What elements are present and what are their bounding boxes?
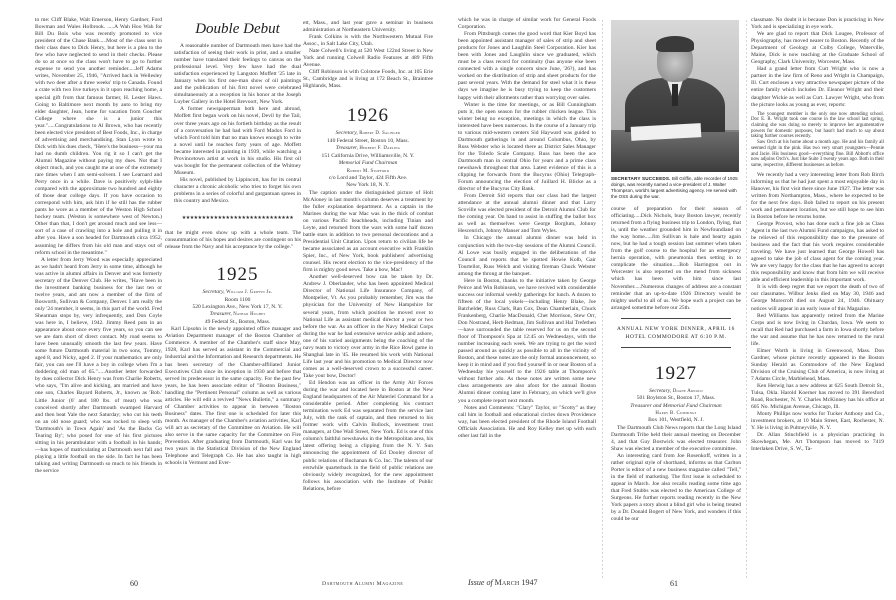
officer-name: Harry B. Cummings <box>655 411 696 416</box>
class-officer: Treasurer and Memorial Fund Chairman Har… <box>611 403 741 425</box>
class-officer: Treasurer, Nathan Hughes 49 Federal St.,… <box>174 311 301 326</box>
officer-address: c/o Lord and Taylor, 424 Fifth Ave. <box>329 175 407 181</box>
officer-address: 520 Lexington Ave., New York 17, N. Y. <box>192 304 282 310</box>
issue-year: 1947 <box>521 578 537 587</box>
class-officer: Secretary, Doane Arnold 501 Boylston St.… <box>611 388 741 403</box>
class-officer: Treasurer, Herbert F. Darling 151 Califo… <box>303 145 433 160</box>
officer-role: Secretary, <box>203 289 225 295</box>
portrait-photo <box>611 20 739 172</box>
article-paragraph: that he might even show up with a whole … <box>165 230 301 251</box>
article-paragraph: From Detroit Sid reports that our class … <box>458 193 596 235</box>
officer-role: Treasurer, <box>210 311 232 317</box>
officer-name: Doane Arnold <box>673 389 703 394</box>
photo-caption: SECRETARY SUCCEEDS. Bill Griffin, able r… <box>611 176 740 200</box>
article-paragraph: Dr. Allan Stinchfield is a physician pra… <box>751 432 884 453</box>
column-1: to me: Cliff Blake, Walt Emerson, Henry … <box>35 17 162 475</box>
officer-address: New York 18, N. Y. <box>346 182 389 188</box>
article-paragraph: to me: Cliff Blake, Walt Emerson, Henry … <box>35 17 162 257</box>
running-head-magazine: Dartmouth Alumni Magazine <box>322 581 403 587</box>
left-page: to me: Cliff Blake, Walt Emerson, Henry … <box>0 0 448 600</box>
class-officer: Secretary, William J. Griffin Jr. Room 1… <box>174 289 301 311</box>
article-paragraph: We are glad to report that Dick Lougee, … <box>751 31 884 66</box>
article-paragraph: Monty Phillips now works for Tucker Anth… <box>751 411 884 432</box>
class-year-heading: 1927 <box>611 364 741 384</box>
column-6: classmate. No doubt it is because Don is… <box>751 17 884 454</box>
article-paragraph: It is with deep regret that we report th… <box>751 284 884 312</box>
column-5: course of preparation for their season o… <box>611 206 741 523</box>
caption-lead: SECRETARY SUCCEEDS. <box>611 176 671 181</box>
article-paragraph: From Pittsburgh comes the good word that… <box>458 31 596 101</box>
article-paragraph: Here in Boston, thanks to the initiative… <box>458 278 596 405</box>
page-number-right: 61 <box>670 579 678 588</box>
article-paragraph: An interesting card from Joe Rosenkoff, … <box>611 453 741 523</box>
class-officer: Memorial Fund Chairman Robert M. Stopfor… <box>303 160 433 190</box>
running-head-issue: Issue of March 1947 <box>468 578 537 587</box>
article-paragraph: ett, Mass., and last year gave a seminar… <box>303 20 433 34</box>
notice-line: ANNUAL NEW YORK DINNER, APRIL 16 <box>617 326 735 332</box>
divider-rule <box>621 347 731 348</box>
notice-line: HOTEL COMMODORE AT 6:30 P.M. <box>626 334 727 340</box>
officer-role: Treasurer and Memorial Fund Chairman <box>630 403 721 409</box>
page-number-left: 60 <box>130 579 138 588</box>
officer-address: 501 Boylston St., Boston 17, Mass. <box>637 395 715 401</box>
officer-address: 151 California Drive, Williamsville, N. … <box>322 153 415 159</box>
officer-name: Nathan Hughes <box>233 312 265 317</box>
officer-name: Robert M. Stopford <box>347 169 389 174</box>
dinner-notice: ANNUAL NEW YORK DINNER, APRIL 16 HOTEL C… <box>611 325 741 341</box>
column-4: which he was in charge of similar work f… <box>458 17 596 440</box>
article-paragraph: A former newspaperman both here and abro… <box>174 106 301 176</box>
article-paragraph: Had a grand letter from Curt Wright who … <box>751 66 884 108</box>
officer-role: Treasurer, <box>336 145 358 151</box>
officer-address: Room 1100 <box>225 297 251 303</box>
article-paragraph: Karl Lipsohn is the newly appointed offi… <box>165 326 301 467</box>
article-paragraph: Cliff Robinson is with Colstone Foods, I… <box>303 69 433 90</box>
column-2: Double Debut A reasonable number of Dart… <box>174 17 301 467</box>
officer-role: Memorial Fund Chairman <box>339 160 398 166</box>
article-paragraph: course of preparation for their season o… <box>611 206 741 312</box>
issue-month: March <box>495 578 520 587</box>
officer-name: William J. Griffin Jr. <box>226 290 272 295</box>
article-paragraph: Winter is the time for meetings, or as B… <box>458 102 596 194</box>
article-paragraph: classmate. No doubt it is because Don is… <box>751 17 884 31</box>
quote-paragraph: The youngest member is the only one now … <box>751 112 884 141</box>
class-year-heading: 1926 <box>303 106 433 126</box>
article-paragraph: Elmer Worth is living in Greenwood, Mass… <box>751 348 884 383</box>
article-paragraph: Ed Hendon was an officer in the Army Air… <box>303 380 433 493</box>
article-paragraph: Ken Herwig has a new address at 625 Sout… <box>751 383 884 411</box>
article-paragraph: We recently had a very interesting lette… <box>751 172 884 221</box>
article-paragraph: His novel, published by Lippincott, has … <box>174 177 301 205</box>
officer-name: Robert D. Salinger <box>359 131 400 136</box>
article-paragraph: In Chicago the annual alumni dinner was … <box>458 235 596 277</box>
article-paragraph: George Provost, who has done such a fine… <box>751 221 884 284</box>
article-paragraph: which he was in charge of similar work f… <box>458 17 596 31</box>
letter-quote: The youngest member is the only one now … <box>751 112 884 169</box>
star-divider: ★★★★★★★★★★★★★★★★★★★★★★★★★★★★ <box>174 215 301 222</box>
column-3: ett, Mass., and last year gave a seminar… <box>303 20 433 493</box>
article-paragraph: Notes and Comments: "Clary" Taylor, or "… <box>458 405 596 440</box>
officer-role: Secretary, <box>336 130 358 136</box>
article-paragraph: The caption under the distinguished pict… <box>303 190 433 275</box>
article-paragraph: Frank Colkins is with the Northwestern M… <box>303 34 433 48</box>
officer-address: Box 101, Westfield, N. J. <box>648 417 704 423</box>
article-paragraph: A letter from Jerry Wood was especially … <box>35 257 162 475</box>
class-officer: Secretary, Robert D. Salinger 140 Federa… <box>303 130 433 145</box>
officer-role: Secretary, <box>649 388 671 394</box>
divider-rule <box>621 318 731 319</box>
article-paragraph: The Dartmouth Club News reports that the… <box>611 425 741 453</box>
class-year-heading: 1925 <box>174 265 301 285</box>
officer-address: 140 Federal Street, Boston 10, Mass. <box>327 138 409 144</box>
article-title: Double Debut <box>174 21 301 37</box>
quote-paragraph: Saw Orch at his home about a month ago. … <box>751 140 884 169</box>
article-paragraph: Another well-deserved bow can be taken b… <box>303 274 433 380</box>
officer-name: Herbert F. Darling <box>359 146 400 151</box>
article-paragraph: Nate Colwell's living at 520 West 122nd … <box>303 48 433 69</box>
article-paragraph: A reasonable number of Dartmouth men hav… <box>174 43 301 106</box>
article-paragraph: Red Williams has apparently retired from… <box>751 313 884 348</box>
officer-address: 49 Federal St., Boston, Mass. <box>205 319 270 325</box>
issue-label: Issue of <box>468 578 493 587</box>
